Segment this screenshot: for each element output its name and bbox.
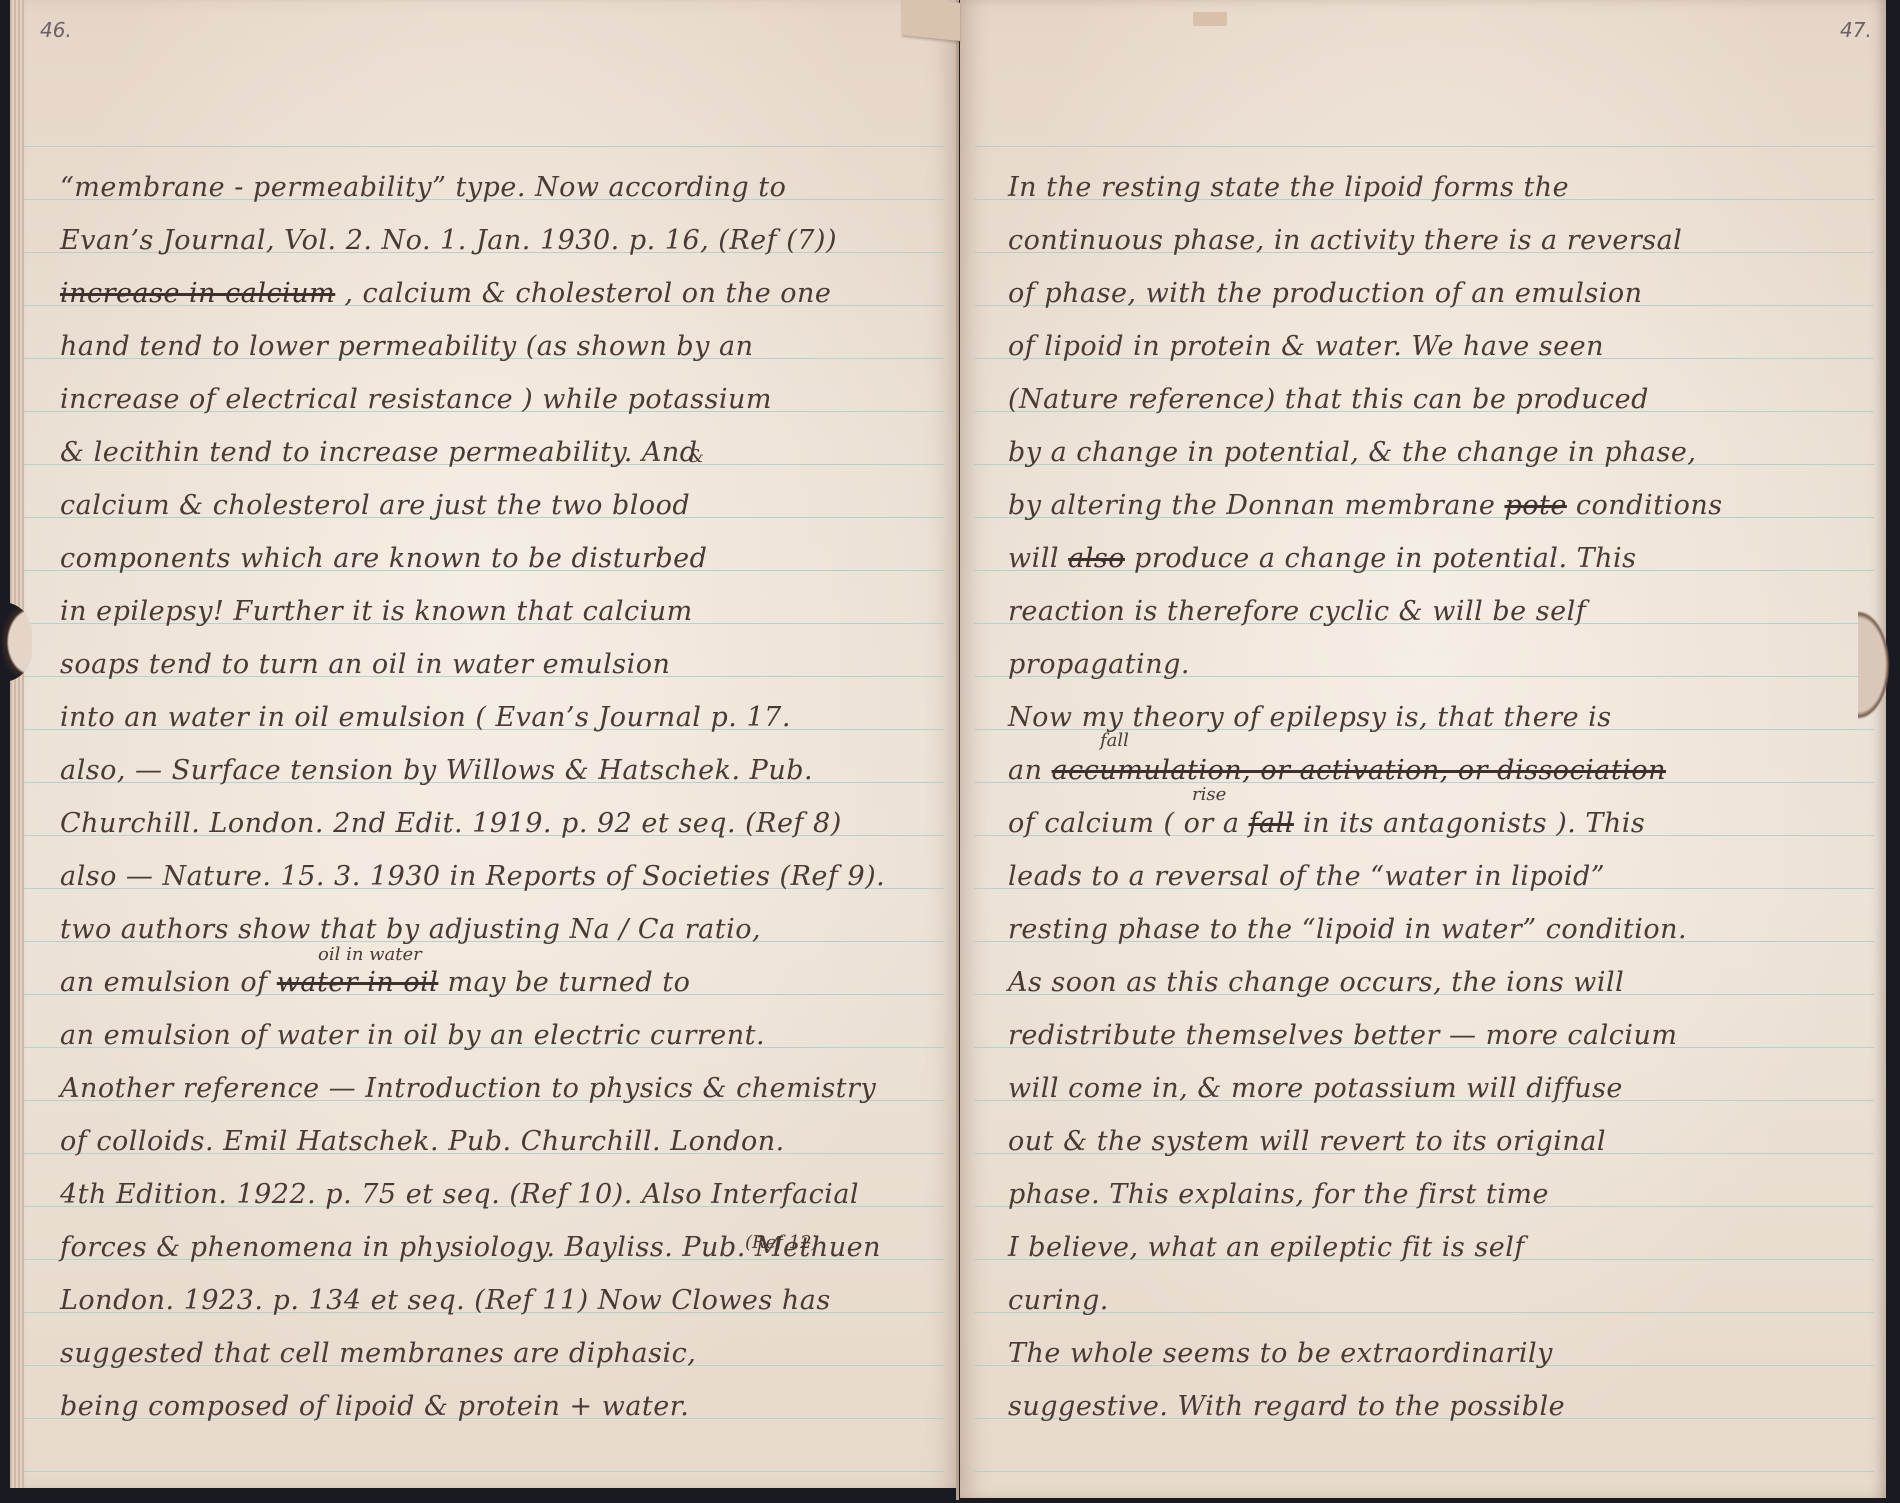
left-line-11: into an water in oil emulsion ( Evan’s J… xyxy=(60,702,791,733)
right-line-2: continuous phase, in activity there is a… xyxy=(1008,225,1682,256)
left-line-17: an emulsion of water in oil by an electr… xyxy=(60,1020,765,1051)
right-line-22: curing. xyxy=(1008,1285,1109,1316)
struck-text: also xyxy=(1068,543,1125,574)
page-number-right: 47. xyxy=(1840,18,1872,42)
right-line-15: resting phase to the “lipoid in water” c… xyxy=(1008,914,1687,945)
right-line-9: reaction is therefore cyclic & will be s… xyxy=(1008,596,1586,627)
right-line-3: of phase, with the production of an emul… xyxy=(1008,278,1643,309)
left-line-20: 4th Edition. 1922. p. 75 et seq. (Ref 10… xyxy=(60,1179,859,1210)
left-line-18: Another reference — Introduction to phys… xyxy=(60,1073,876,1104)
page-number-left: 46. xyxy=(40,18,72,42)
right-line-19: out & the system will revert to its orig… xyxy=(1008,1126,1606,1157)
right-line-23: The whole seems to be extraordinarily xyxy=(1008,1338,1553,1369)
left-line-23: suggested that cell membranes are diphas… xyxy=(60,1338,696,1369)
left-line-8: components which are known to be disturb… xyxy=(60,543,707,574)
ruled-line xyxy=(974,146,1874,147)
page-edge-stack xyxy=(10,0,24,1488)
right-line-17: redistribute themselves better — more ca… xyxy=(1008,1020,1678,1051)
right-line-21: I believe, what an epileptic fit is self xyxy=(1008,1232,1525,1263)
left-line-10: soaps tend to turn an oil in water emuls… xyxy=(60,649,670,680)
right-line-12: an accumulation, or activation, or disso… xyxy=(1008,755,1666,786)
left-line-22: London. 1923. p. 134 et seq. (Ref 11) No… xyxy=(60,1285,831,1316)
left-line-13: Churchill. London. 2nd Edit. 1919. p. 92… xyxy=(60,808,842,839)
left-line-6: & lecithin tend to increase permeability… xyxy=(60,437,698,468)
struck-text: fall xyxy=(1249,808,1294,839)
left-line-19: of colloids. Emil Hatschek. Pub. Churchi… xyxy=(60,1126,785,1157)
right-line-14: leads to a reversal of the “water in lip… xyxy=(1008,861,1605,892)
right-line-6: by a change in potential, & the change i… xyxy=(1008,437,1696,468)
right-line-1: In the resting state the lipoid forms th… xyxy=(1008,172,1569,203)
ruled-line xyxy=(24,1471,944,1472)
binding-gutter xyxy=(956,0,959,1500)
ruled-line xyxy=(974,1471,1874,1472)
left-line-12: also, — Surface tension by Willows & Hat… xyxy=(60,755,813,786)
left-line-4: hand tend to lower permeability (as show… xyxy=(60,331,753,362)
ruled-line xyxy=(974,1312,1874,1313)
struck-text: pote xyxy=(1504,490,1566,521)
struck-text: water in oil xyxy=(277,967,439,998)
right-line-5: (Nature reference) that this can be prod… xyxy=(1008,384,1649,415)
right-line-4: of lipoid in protein & water. We have se… xyxy=(1008,331,1604,362)
ruled-line xyxy=(24,146,944,147)
left-line-14: also — Nature. 15. 3. 1930 in Reports of… xyxy=(60,861,885,892)
left-line-16: an emulsion of water in oil may be turne… xyxy=(60,967,690,998)
right-line-10: propagating. xyxy=(1008,649,1190,680)
paper-tab-small xyxy=(1193,12,1227,26)
insertion-above: rise xyxy=(1192,784,1226,805)
right-line-13: of calcium ( or a fall in its antagonist… xyxy=(1008,808,1645,839)
right-line-24: suggestive. With regard to the possible xyxy=(1008,1391,1565,1422)
right-page: 47. In the resting state the lipoid form… xyxy=(960,0,1886,1498)
right-line-7: by altering the Donnan membrane pote con… xyxy=(1008,490,1723,521)
right-line-20: phase. This explains, for the first time xyxy=(1008,1179,1549,1210)
left-line-9: in epilepsy! Further it is known that ca… xyxy=(60,596,693,627)
insertion-above: fall xyxy=(1100,730,1129,751)
right-line-11: Now my theory of epilepsy is, that there… xyxy=(1008,702,1612,733)
insertion-above: oil in water xyxy=(318,944,422,965)
left-line-2: Evan’s Journal, Vol. 2. No. 1. Jan. 1930… xyxy=(60,225,837,256)
struck-text: increase in calcium xyxy=(60,278,335,309)
thumb-index-notch-right xyxy=(1858,610,1890,720)
insertion-ref: (Ref 12) xyxy=(745,1232,819,1253)
left-line-1: “membrane - permeability” type. Now acco… xyxy=(60,172,786,203)
left-page: 46. “membrane - permeability” type. Now … xyxy=(10,0,958,1488)
struck-text: accumulation, or activation, or dissocia… xyxy=(1052,755,1666,786)
left-line-3: increase in calcium , calcium & choleste… xyxy=(60,278,831,309)
left-line-15: two authors show that by adjusting Na / … xyxy=(60,914,761,945)
right-line-18: will come in, & more potassium will diff… xyxy=(1008,1073,1623,1104)
left-line-5: increase of electrical resistance ) whil… xyxy=(60,384,772,415)
notebook-spread: 46. “membrane - permeability” type. Now … xyxy=(0,0,1900,1488)
torn-paper-tab xyxy=(902,0,960,41)
left-line-7: calcium & cholesterol are just the two b… xyxy=(60,490,690,521)
right-line-16: As soon as this change occurs, the ions … xyxy=(1008,967,1624,998)
left-line-24: being composed of lipoid & protein + wat… xyxy=(60,1391,689,1422)
right-line-8: will also produce a change in potential.… xyxy=(1008,543,1637,574)
